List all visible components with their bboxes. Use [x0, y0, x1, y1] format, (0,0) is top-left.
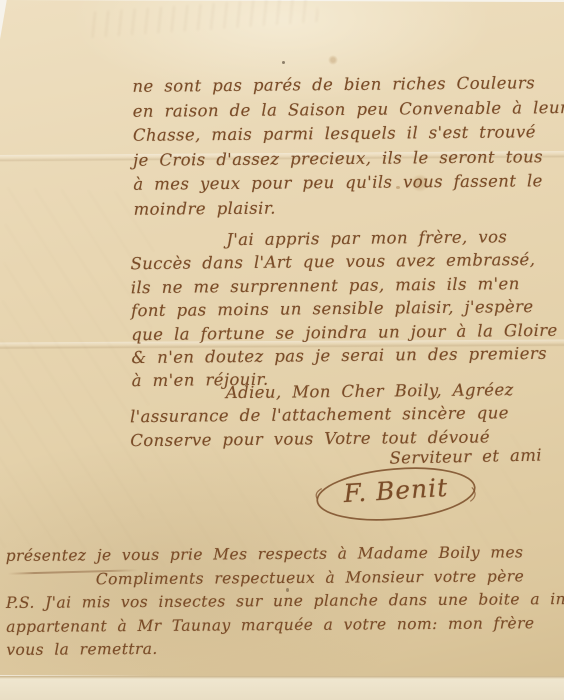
handwritten-line: à mes yeux pour peu qu'ils vous fassent … [133, 170, 547, 198]
second-sheet-edge [0, 676, 564, 700]
postscript: présentez je vous prie Mes respects à Ma… [6, 541, 561, 663]
handwritten-line: ne sont pas parés de bien riches Couleur… [132, 71, 546, 99]
letter-scan: ne sont pas parés de bien riches Couleur… [0, 0, 564, 700]
handwritten-line: appartenant à Mr Taunay marquée a votre … [6, 612, 560, 639]
handwritten-line: en raison de la Saison peu Convenable à … [133, 96, 547, 124]
handwritten-line: P.S. J'ai mis vos insectes sur une planc… [6, 588, 560, 615]
handwritten-line: je Crois d'assez precieux, ils le seront… [133, 145, 547, 173]
handwritten-line: Chasse, mais parmi lesquels il s'est tro… [133, 120, 547, 148]
letter-paragraph: ne sont pas parés de bien riches Couleur… [132, 71, 547, 222]
signature: F. Benit [311, 459, 481, 529]
handwritten-line: vous la remettra. [6, 635, 560, 662]
letter-paragraph: Adieu, Mon Cher Boily, Agréez l'assuranc… [130, 378, 549, 453]
letter-paragraph: J'ai appris par mon frère, vos Succès da… [130, 225, 550, 393]
handwritten-line: & n'en doutez pas je serai un des premie… [131, 342, 549, 370]
handwritten-line: moindre plaisir. [133, 194, 547, 222]
handwritten-line: présentez je vous prie Mes respects à Ma… [6, 541, 560, 568]
